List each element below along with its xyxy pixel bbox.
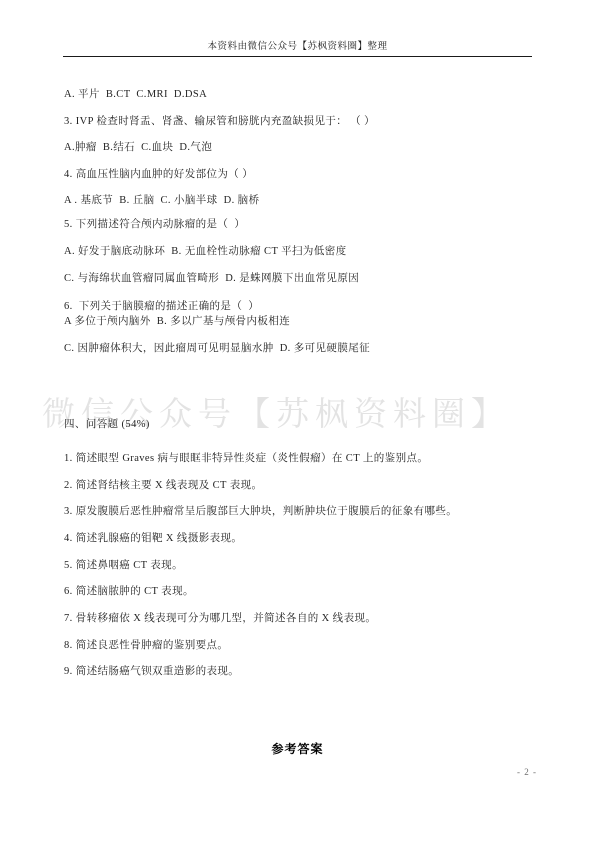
question-line: 9. 简述结肠癌气钡双重造影的表现。 bbox=[64, 665, 555, 678]
question-line: 1. 简述眼型 Graves 病与眼眶非特异性炎症（炎性假瘤）在 CT 上的鉴别… bbox=[64, 452, 555, 465]
question-line: 3. IVP 检查时肾盂、肾盏、输尿管和膀胱内充盈缺损见于： （ ） bbox=[64, 115, 555, 128]
page-number: - 2 - bbox=[517, 767, 537, 777]
option-line: A . 基底节 B. 丘脑 C. 小脑半球 D. 脑桥 bbox=[64, 194, 555, 207]
question-line: 8. 简述良恶性骨肿瘤的鉴别要点。 bbox=[64, 639, 555, 652]
option-line: C. 因肿瘤体积大，因此瘤周可见明显脑水肿 D. 多可见硬膜尾征 bbox=[64, 342, 555, 355]
header-divider bbox=[63, 56, 532, 57]
question-line: 2. 简述肾结核主要 X 线表现及 CT 表现。 bbox=[64, 479, 555, 492]
page-header: 本资料由微信公众号【苏枫资料圈】整理 bbox=[0, 38, 595, 52]
option-line: C. 与海绵状血管瘤同属血管畸形 D. 是蛛网膜下出血常见原因 bbox=[64, 272, 555, 285]
question-line: 5. 简述鼻咽癌 CT 表现。 bbox=[64, 559, 555, 572]
question-line: 5. 下列描述符合颅内动脉瘤的是（ ） bbox=[64, 218, 555, 231]
question-line: 3. 原发腹膜后恶性肿瘤常呈后腹部巨大肿块，判断肿块位于腹膜后的征象有哪些。 bbox=[64, 505, 555, 518]
question-line: 6. 简述脑脓肿的 CT 表现。 bbox=[64, 585, 555, 598]
option-line: A 多位于颅内脑外 B. 多以广基与颅骨内板相连 bbox=[64, 315, 555, 328]
document-page: 本资料由微信公众号【苏枫资料圈】整理 微信公众号【苏枫资料圈】 A. 平片 B.… bbox=[0, 0, 595, 841]
section-heading: 四、问答题 (54%) bbox=[64, 418, 555, 431]
question-line: 4. 高血压性脑内血肿的好发部位为（ ） bbox=[64, 168, 555, 181]
question-line: 6. 下列关于脑膜瘤的描述正确的是（ ） bbox=[64, 300, 555, 313]
question-line: 7. 骨转移瘤依 X 线表现可分为哪几型，并简述各自的 X 线表现。 bbox=[64, 612, 555, 625]
answers-heading: 参考答案 bbox=[0, 740, 595, 757]
option-line: A.肿瘤 B.结石 C.血块 D.气泡 bbox=[64, 141, 555, 154]
option-line: A. 平片 B.CT C.MRI D.DSA bbox=[64, 88, 555, 101]
option-line: A. 好发于脑底动脉环 B. 无血栓性动脉瘤 CT 平扫为低密度 bbox=[64, 245, 555, 258]
question-line: 4. 简述乳腺癌的钼靶 X 线摄影表现。 bbox=[64, 532, 555, 545]
